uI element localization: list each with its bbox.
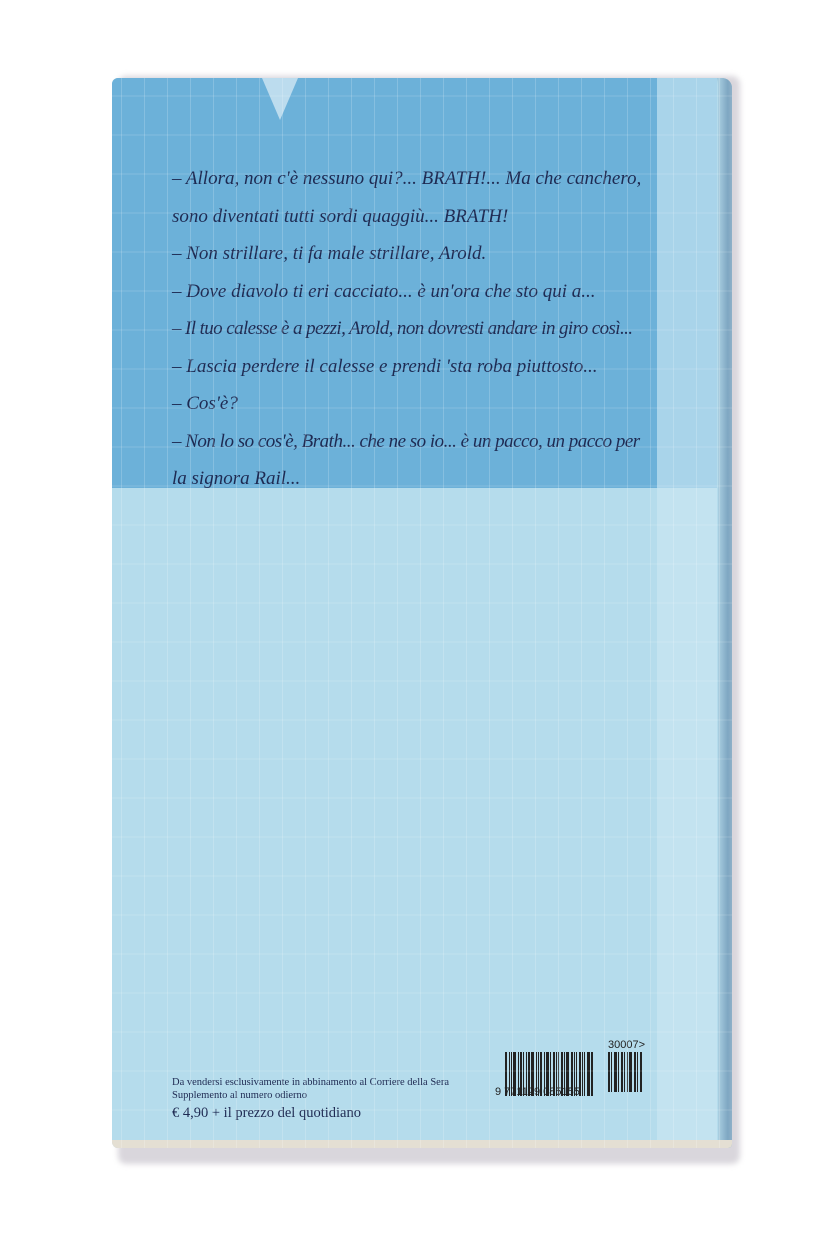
excerpt-line: – Dove diavolo ti eri cacciato... è un'o…: [172, 273, 672, 311]
excerpt-line: sono diventati tutti sordi quaggiù... BR…: [172, 198, 672, 236]
excerpt-text: – Allora, non c'è nessuno qui?... BRATH!…: [172, 160, 672, 498]
barcode-number: 9 771129 085155: [495, 1086, 580, 1098]
sale-notice: Da vendersi esclusivamente in abbinament…: [172, 1076, 449, 1124]
excerpt-line: – Non strillare, ti fa male strillare, A…: [172, 235, 672, 273]
book-edge: [718, 78, 732, 1148]
notice-line-2: Supplemento al numero odierno: [172, 1089, 449, 1102]
barcode-addon: 30007>: [608, 1039, 645, 1051]
addon-bars: [608, 1052, 643, 1092]
book-back-cover: – Allora, non c'è nessuno qui?... BRATH!…: [112, 78, 732, 1148]
excerpt-line: – Allora, non c'è nessuno qui?... BRATH!…: [172, 160, 672, 198]
excerpt-line: – Lascia perdere il calesse e prendi 'st…: [172, 348, 672, 386]
excerpt-line: – Cos'è?: [172, 385, 672, 423]
barcode: 9 771129 085155 30007>: [505, 1040, 675, 1100]
excerpt-line: – Non lo so cos'è, Brath... che ne so io…: [172, 423, 672, 461]
excerpt-line: la signora Rail...: [172, 460, 672, 498]
excerpt-line: – Il tuo calesse è a pezzi, Arold, non d…: [172, 310, 672, 348]
torn-corner: [262, 78, 298, 120]
notice-line-1: Da vendersi esclusivamente in abbinament…: [172, 1076, 449, 1089]
price-text: € 4,90 + il prezzo del quotidiano: [172, 1102, 449, 1124]
page-edge: [112, 1140, 732, 1148]
